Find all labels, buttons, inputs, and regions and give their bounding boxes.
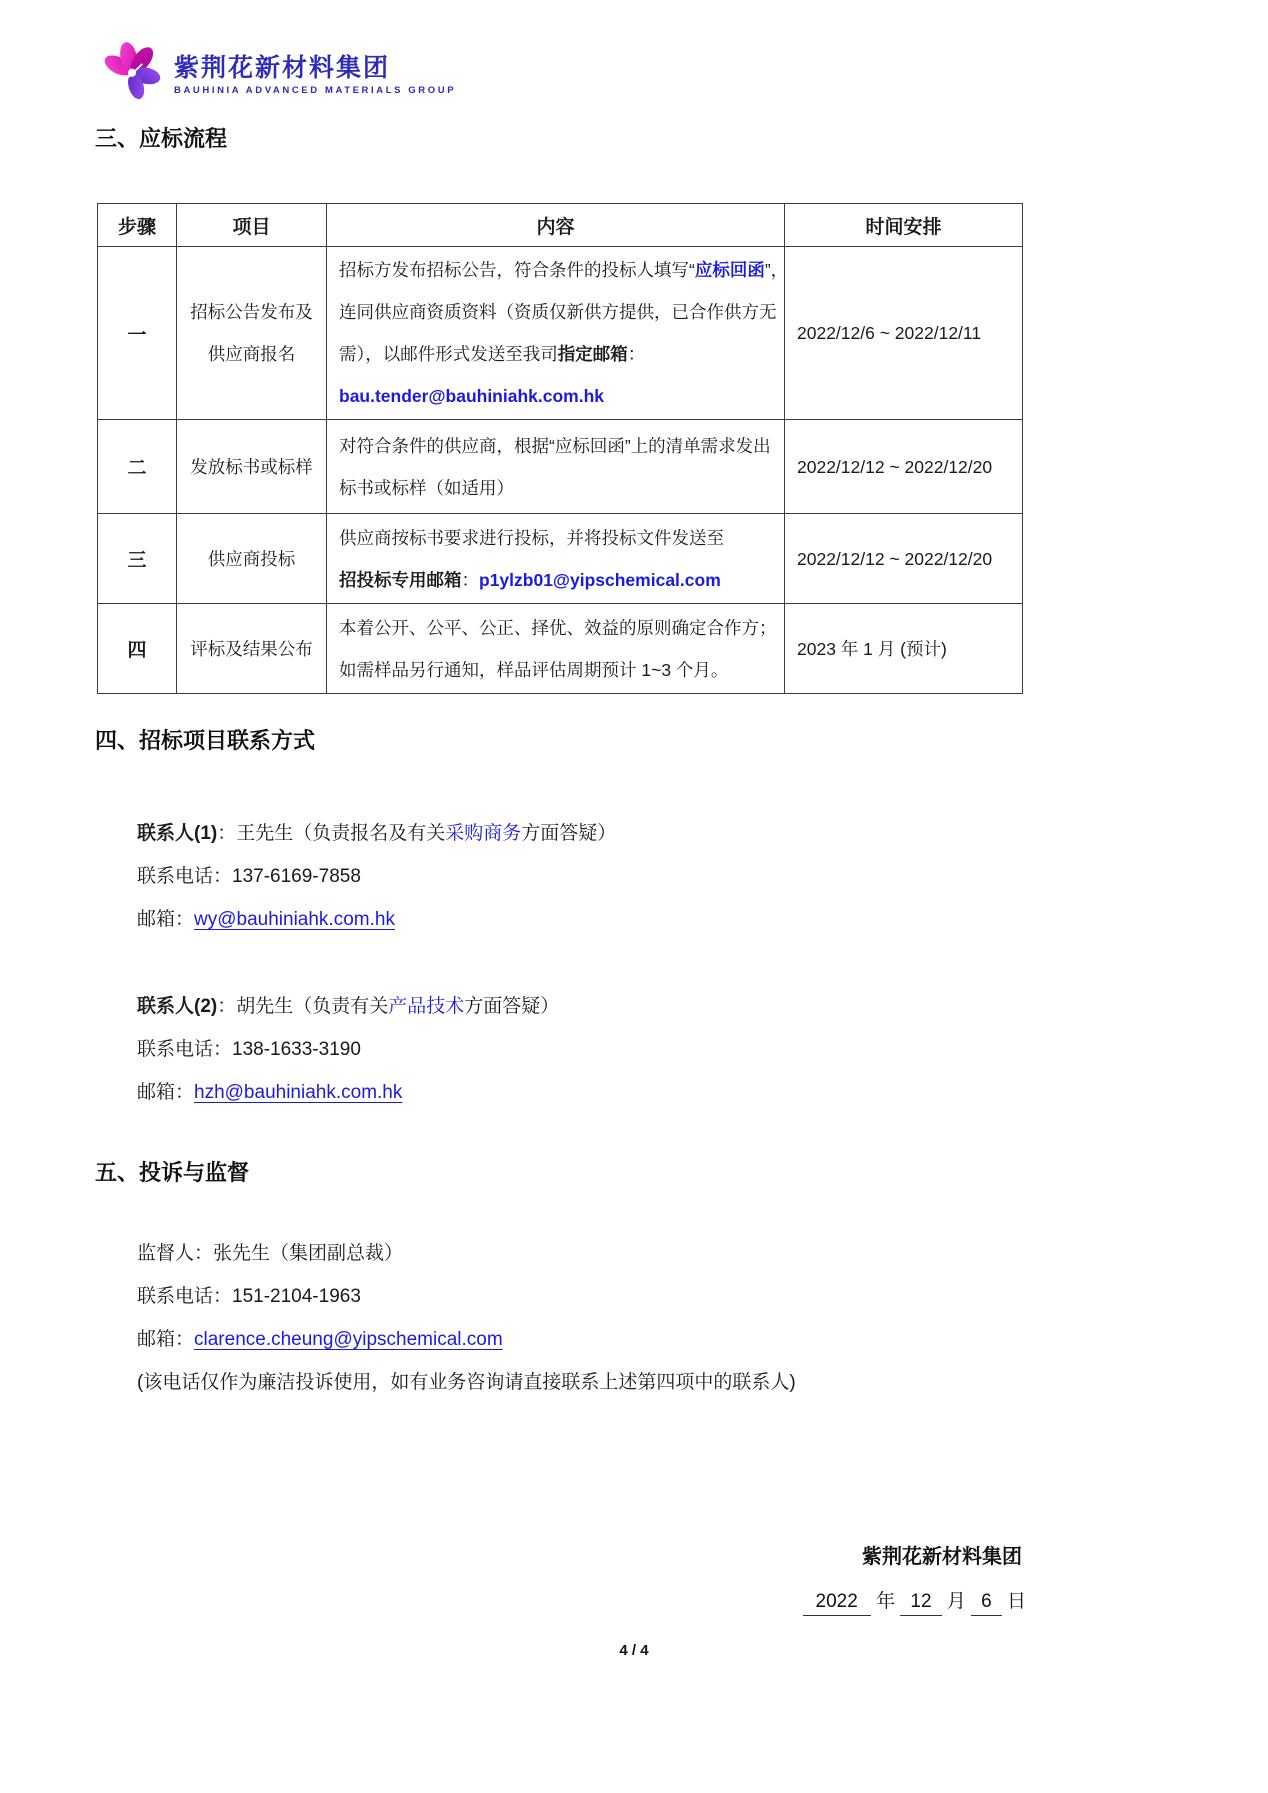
row1-text: ”， (765, 260, 788, 280)
table-row: 一 招标公告发布及 供应商报名 招标方发布招标公告，符合条件的投标人填写“应标回… (98, 247, 1023, 420)
row2-item: 发放标书或标样 (177, 420, 327, 514)
row3-content-line1: 供应商按标书要求进行投标，并将投标文件发送至 (339, 517, 776, 559)
row4-item: 评标及结果公布 (177, 604, 327, 694)
company-name-zh: 紫荆花新材料集团 (174, 53, 456, 83)
table-header-row: 步骤 项目 内容 时间安排 (98, 204, 1023, 247)
row4-item-line: 评标及结果公布 (177, 628, 326, 670)
row4-time: 2023 年 1 月 (预计) (785, 604, 1023, 694)
row1-content-line2: 连同供应商资质资料（资质仅新供方提供，已合作供方无 (339, 291, 776, 333)
row4-content: 本着公开、公平、公正、择优、效益的原则确定合作方； 如需样品另行通知，样品评估周… (327, 604, 785, 694)
contact1-name-line: 联系人(1)：王先生（负责报名及有关采购商务方面答疑） (137, 812, 616, 855)
page-number: 4 / 4 (0, 1642, 1268, 1659)
section5-heading: 五、投诉与监督 (95, 1156, 249, 1187)
row1-content-line3: 需），以邮件形式发送至我司指定邮箱： (339, 333, 776, 375)
row3-content-line2: 招投标专用邮箱：p1ylzb01@yipschemical.com (339, 559, 776, 601)
row1-content: 招标方发布招标公告，符合条件的投标人填写“应标回函”， 连同供应商资质资料（资质… (327, 247, 785, 420)
contact2-email-line: 邮箱：hzh@bauhiniahk.com.hk (137, 1071, 559, 1114)
row1-item-line2: 供应商报名 (177, 333, 326, 375)
date-day-value: 6 (971, 1589, 1002, 1616)
row3-content: 供应商按标书要求进行投标，并将投标文件发送至 招投标专用邮箱：p1ylzb01@… (327, 514, 785, 604)
row3-item: 供应商投标 (177, 514, 327, 604)
row1-item: 招标公告发布及 供应商报名 (177, 247, 327, 420)
contact2-phone-line: 联系电话：138-1633-3190 (137, 1028, 559, 1071)
header-step: 步骤 (98, 204, 177, 247)
row1-text: ： (628, 344, 646, 364)
row1-highlight-reply-form: 应标回函 (695, 260, 765, 280)
footer-company-name: 紫荆花新材料集团 (0, 1540, 1022, 1569)
supervisor-name-line: 监督人：张先生（集团副总裁） (137, 1232, 796, 1275)
row3-step: 三 (98, 514, 177, 604)
bid-email-link[interactable]: p1ylzb01@yipschemical.com (479, 570, 721, 590)
contact2-highlight-technical: 产品技术 (388, 996, 464, 1017)
header-time: 时间安排 (785, 204, 1023, 247)
row2-content-line2: 标书或标样（如适用） (339, 467, 776, 509)
row1-content-line1: 招标方发布招标公告，符合条件的投标人填写“应标回函”， (339, 249, 776, 291)
date-month-unit: 月 (947, 1591, 966, 1612)
bauhinia-flower-icon (98, 36, 166, 113)
row2-content: 对符合条件的供应商，根据“应标回函”上的清单需求发出 标书或标样（如适用） (327, 420, 785, 514)
contact2-text: 方面答疑） (464, 996, 559, 1017)
row1-text: 需），以邮件形式发送至我司 (339, 344, 558, 364)
date-year-value: 2022 (803, 1589, 871, 1616)
supervisor-phone-line: 联系电话：151-2104-1963 (137, 1275, 796, 1318)
row3-text: ： (462, 570, 480, 590)
row3-bold-bid-mailbox: 招投标专用邮箱 (339, 570, 462, 590)
contact2-text: ：胡先生（负责有关 (217, 996, 388, 1017)
date-day-unit: 日 (1007, 1591, 1026, 1612)
email-label: 邮箱： (137, 1329, 194, 1350)
date-year-unit: 年 (876, 1591, 895, 1612)
row2-time: 2022/12/12 ~ 2022/12/20 (785, 420, 1023, 514)
tender-flow-table: 步骤 项目 内容 时间安排 一 招标公告发布及 供应商报名 招标方发布招标公告，… (97, 203, 1023, 694)
contact1-email-link[interactable]: wy@bauhiniahk.com.hk (194, 909, 395, 930)
contact2-block: 联系人(2)：胡先生（负责有关产品技术方面答疑） 联系电话：138-1633-3… (137, 985, 559, 1114)
contact2-name-line: 联系人(2)：胡先生（负责有关产品技术方面答疑） (137, 985, 559, 1028)
table-row: 三 供应商投标 供应商按标书要求进行投标，并将投标文件发送至 招投标专用邮箱：p… (98, 514, 1023, 604)
date-month-value: 12 (900, 1589, 941, 1616)
row4-step: 四 (98, 604, 177, 694)
row2-step: 二 (98, 420, 177, 514)
footer-date-line: 2022 年 12 月 6 日 (0, 1586, 1026, 1616)
header-item: 项目 (177, 204, 327, 247)
row1-content-line4: bau.tender@bauhiniahk.com.hk (339, 375, 776, 417)
document-page: 紫荆花新材料集团 BAUHINIA ADVANCED MATERIALS GRO… (0, 0, 1268, 1793)
contact2-email-link[interactable]: hzh@bauhiniahk.com.hk (194, 1082, 402, 1103)
company-logo: 紫荆花新材料集团 BAUHINIA ADVANCED MATERIALS GRO… (98, 36, 456, 113)
supervisor-note-line: (该电话仅作为廉洁投诉使用，如有业务咨询请直接联系上述第四项中的联系人) (137, 1361, 796, 1404)
contact1-highlight-procurement: 采购商务 (445, 823, 521, 844)
table-row: 四 评标及结果公布 本着公开、公平、公正、择优、效益的原则确定合作方； 如需样品… (98, 604, 1023, 694)
tender-email-link[interactable]: bau.tender@bauhiniahk.com.hk (339, 386, 604, 406)
row3-item-line: 供应商投标 (177, 538, 326, 580)
supervisor-block: 监督人：张先生（集团副总裁） 联系电话：151-2104-1963 邮箱：cla… (137, 1232, 796, 1404)
row1-time: 2022/12/6 ~ 2022/12/11 (785, 247, 1023, 420)
company-name-en: BAUHINIA ADVANCED MATERIALS GROUP (174, 85, 456, 96)
row4-content-line2: 如需样品另行通知，样品评估周期预计 1~3 个月。 (339, 649, 776, 691)
contact1-block: 联系人(1)：王先生（负责报名及有关采购商务方面答疑） 联系电话：137-616… (137, 812, 616, 941)
supervisor-email-line: 邮箱：clarence.cheung@yipschemical.com (137, 1318, 796, 1361)
row1-step: 一 (98, 247, 177, 420)
row1-bold-designated-mailbox: 指定邮箱 (558, 344, 628, 364)
contact1-label: 联系人(1) (137, 823, 217, 844)
supervisor-email-link[interactable]: clarence.cheung@yipschemical.com (194, 1329, 503, 1350)
email-label: 邮箱： (137, 909, 194, 930)
section4-heading: 四、招标项目联系方式 (95, 724, 315, 755)
row4-content-line1: 本着公开、公平、公正、择优、效益的原则确定合作方； (339, 607, 776, 649)
email-label: 邮箱： (137, 1082, 194, 1103)
row2-content-line1: 对符合条件的供应商，根据“应标回函”上的清单需求发出 (339, 425, 776, 467)
section3-heading: 三、应标流程 (95, 122, 227, 153)
row1-item-line1: 招标公告发布及 (177, 291, 326, 333)
contact1-text: 方面答疑） (521, 823, 616, 844)
row3-time: 2022/12/12 ~ 2022/12/20 (785, 514, 1023, 604)
contact1-phone-line: 联系电话：137-6169-7858 (137, 855, 616, 898)
contact2-label: 联系人(2) (137, 996, 217, 1017)
contact1-text: ：王先生（负责报名及有关 (217, 823, 445, 844)
row1-text: 招标方发布招标公告，符合条件的投标人填写“ (339, 260, 695, 280)
contact1-email-line: 邮箱：wy@bauhiniahk.com.hk (137, 898, 616, 941)
table-row: 二 发放标书或标样 对符合条件的供应商，根据“应标回函”上的清单需求发出 标书或… (98, 420, 1023, 514)
header-content: 内容 (327, 204, 785, 247)
row2-item-line: 发放标书或标样 (177, 446, 326, 488)
